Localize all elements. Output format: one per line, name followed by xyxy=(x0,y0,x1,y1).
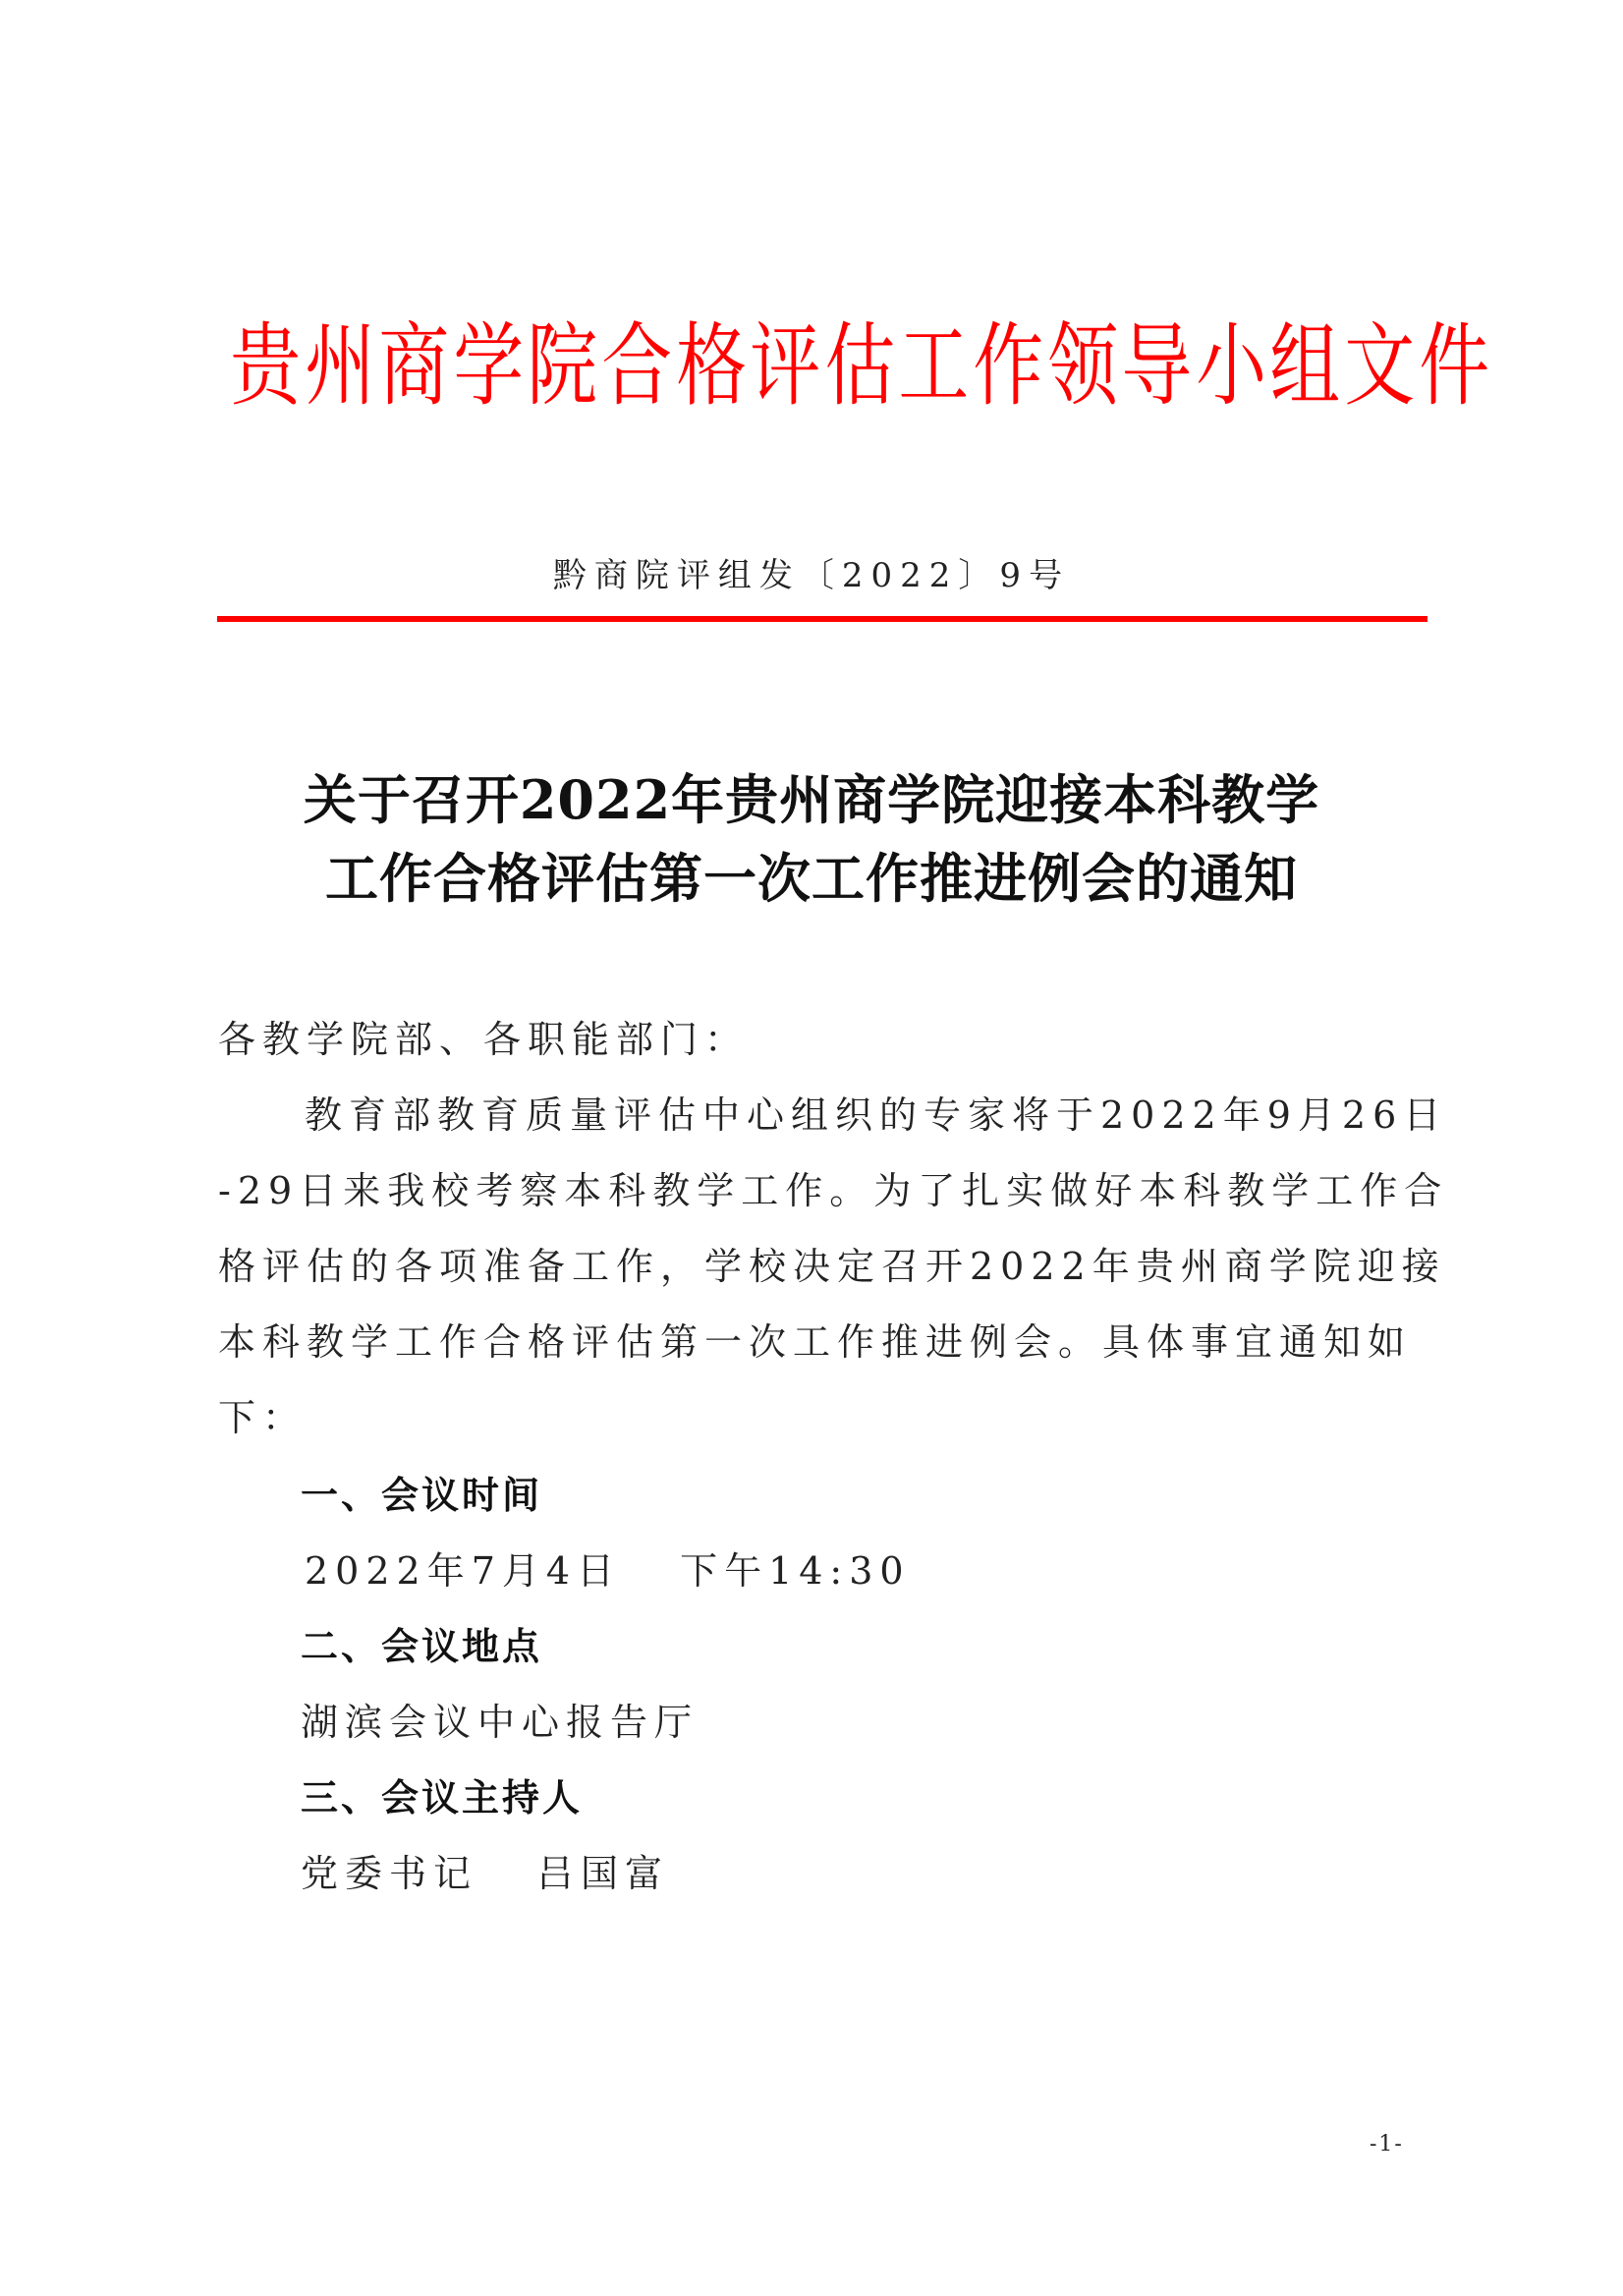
masthead-char: 商 xyxy=(379,312,437,420)
masthead-char: 作 xyxy=(973,312,1031,420)
red-separator-line xyxy=(217,616,1427,622)
masthead-char: 文 xyxy=(1344,312,1402,420)
body-paragraph: 教育部教育质量评估中心组织的专家将于2022年9月26日 -29日来我校考察本科… xyxy=(218,1078,1419,1456)
masthead-char: 合 xyxy=(601,312,659,420)
notice-title-line-1: 关于召开2022年贵州商学院迎接本科教学 xyxy=(0,761,1623,838)
masthead-char: 学 xyxy=(453,312,511,420)
document-number: 黔商院评组发〔2022〕9号 xyxy=(0,552,1623,599)
masthead-char: 格 xyxy=(676,312,734,420)
meeting-location: 湖滨会议中心报告厅 xyxy=(301,1685,699,1761)
page-number: -1- xyxy=(1370,2130,1404,2159)
paragraph-line: -29日来我校考察本科教学工作。为了扎实做好本科教学工作合 xyxy=(218,1153,1419,1229)
salutation: 各教学院部、各职能部门： xyxy=(218,1002,749,1078)
masthead-char: 估 xyxy=(824,312,882,420)
section-heading-time: 一、会议时间 xyxy=(301,1458,542,1534)
paragraph-line: 格评估的各项准备工作，学校决定召开2022年贵州商学院迎接 xyxy=(218,1229,1419,1305)
host-role: 党委书记 xyxy=(301,1852,477,1895)
masthead-char: 小 xyxy=(1196,312,1254,420)
paragraph-line: 本科教学工作合格评估第一次工作推进例会。具体事宜通知如 xyxy=(218,1305,1419,1380)
masthead-char: 贵 xyxy=(230,312,288,420)
masthead-char: 评 xyxy=(750,312,808,420)
paragraph-line: 教育部教育质量评估中心组织的专家将于2022年9月26日 xyxy=(218,1078,1419,1153)
masthead-char: 件 xyxy=(1419,312,1477,420)
masthead-char: 州 xyxy=(305,312,363,420)
paragraph-line: 下： xyxy=(218,1380,1419,1456)
masthead-title: 贵 州 商 学 院 合 格 评 估 工 作 领 导 小 组 文 件 xyxy=(222,312,1411,420)
meeting-time: 2022年7月4日下午14:30 xyxy=(305,1534,911,1609)
masthead-char: 组 xyxy=(1270,312,1328,420)
meeting-hour: 下午14:30 xyxy=(680,1549,911,1593)
host-name: 吕国富 xyxy=(536,1852,669,1895)
masthead-char: 工 xyxy=(899,312,957,420)
section-heading-host: 三、会议主持人 xyxy=(301,1761,583,1836)
section-heading-location: 二、会议地点 xyxy=(301,1609,542,1685)
meeting-date: 2022年7月4日 xyxy=(305,1549,621,1593)
masthead-char: 院 xyxy=(528,312,586,420)
masthead-char: 导 xyxy=(1121,312,1179,420)
meeting-host: 党委书记吕国富 xyxy=(301,1836,669,1912)
notice-title-line-2: 工作合格评估第一次工作推进例会的通知 xyxy=(0,840,1623,917)
masthead-char: 领 xyxy=(1047,312,1105,420)
